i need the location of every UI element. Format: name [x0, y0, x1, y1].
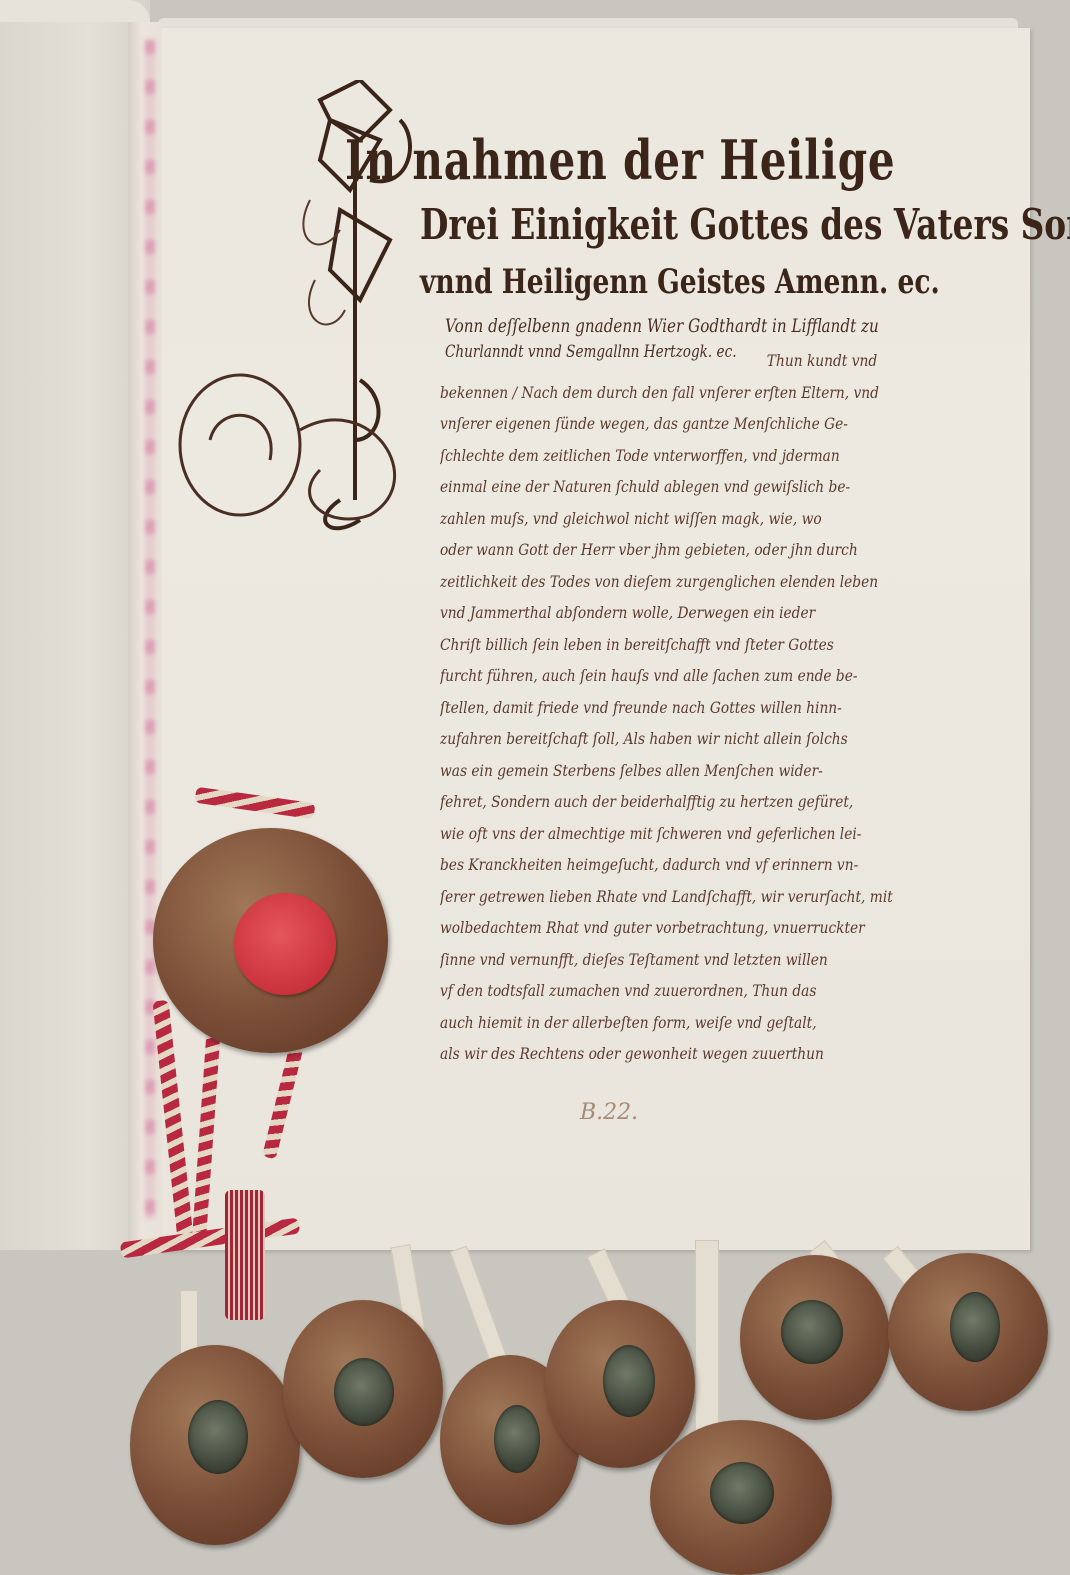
body-line: zeitlichkeit des Todes von dieſem zurgen… [440, 566, 896, 598]
seal-impression [781, 1300, 843, 1364]
body-text: Thun kundt vnd bekennen / Nach dem durch… [440, 345, 970, 1070]
seal-impression [950, 1292, 1000, 1362]
heading-line-1: In nahmen der Heilige [345, 128, 896, 192]
body-line: bekennen / Nach dem durch den fall vnſer… [440, 377, 896, 409]
body-line: vnſerer eigenen ſünde wegen, das gantze … [440, 408, 896, 440]
body-line: wie oft vns der almechtige mit ſchweren … [440, 818, 896, 850]
body-line: wolbedachtem Rhat vnd guter vorbetrachtu… [440, 912, 896, 944]
seal-impression [334, 1358, 394, 1426]
seal-impression [188, 1400, 248, 1474]
body-line: ſinne vnd vernunfft, dieſes Teſtament vn… [440, 944, 896, 976]
body-line: fehret, Sondern auch der beiderhalfftig … [440, 786, 896, 818]
body-line: Chriſt billich ſein leben in bereitſchaf… [440, 629, 896, 661]
seal-strap [450, 1246, 509, 1367]
body-line: Thun kundt vnd [440, 345, 896, 377]
body-line: ſchlechte dem zeitlichen Tode vnterworff… [440, 440, 896, 472]
seal-impression [710, 1462, 774, 1524]
body-line: zufahren bereitſchaft ſoll, Als haben wi… [440, 723, 896, 755]
spine-stain [145, 40, 155, 1220]
intro-line-1: Vonn deſſelbenn gnadenn Wier Godthardt i… [445, 315, 879, 337]
body-line: was ein gemein Sterbens ſelbes allen Men… [440, 755, 896, 787]
body-line: furcht führen, auch ſein hauſs vnd alle … [440, 660, 896, 692]
left-page-fold [0, 0, 150, 22]
body-line: ſerer getrewen lieben Rhate vnd Landſcha… [440, 881, 896, 913]
seal-impression [603, 1345, 655, 1417]
flourish-loop-icon [170, 330, 440, 530]
body-line: oder wann Gott der Herr vber jhm gebiete… [440, 534, 896, 566]
body-line: auch hiemit in der allerbeſten form, wei… [440, 1007, 896, 1039]
heading-line-2: Drei Einigkeit Gottes des Vaters Sons [420, 200, 1070, 249]
tassel [225, 1190, 265, 1320]
body-line: zahlen muſs, vnd gleichwol nicht wiſſen … [440, 503, 896, 535]
seal-strap [695, 1240, 719, 1442]
body-line: vnd Jammerthal abſondern wolle, Derwegen… [440, 597, 896, 629]
body-line: ſtellen, damit friede vnd freunde nach G… [440, 692, 896, 724]
body-line: bes Kranckheiten heimgeſucht, dadurch vn… [440, 849, 896, 881]
heading-line-3: vnnd Heiligenn Geistes Amenn. ec. [420, 262, 940, 302]
red-seal-impression [234, 893, 336, 995]
archival-notation: B.22. [580, 1100, 638, 1125]
body-line: einmal eine der Naturen ſchuld ablegen v… [440, 471, 896, 503]
seal-impression [494, 1405, 540, 1473]
body-line: vf den todtsfall zumachen vnd zuuerordne… [440, 975, 896, 1007]
body-line: als wir des Rechtens oder gewonheit wege… [440, 1038, 896, 1070]
